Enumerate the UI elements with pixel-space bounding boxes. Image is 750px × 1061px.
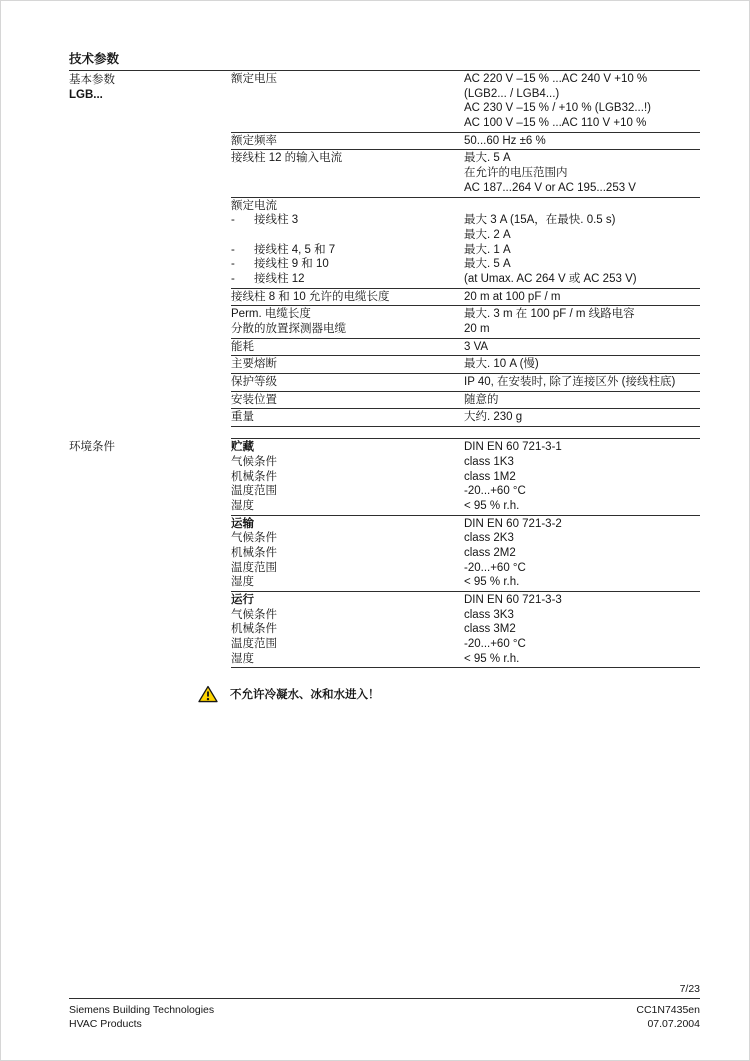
param-label: 能耗 <box>231 340 254 355</box>
list-dash: - <box>231 243 254 258</box>
param-label: 机械条件 <box>231 546 277 561</box>
param-value: 最大. 1 A <box>464 243 700 258</box>
footer-left: Siemens Building Technologies HVAC Produ… <box>69 1003 214 1031</box>
table-row: Perm. 电缆长度 最大. 3 m 在 100 pF / m 线路电容 <box>231 307 700 322</box>
warning-triangle-icon <box>198 685 218 703</box>
list-dash: - <box>231 213 254 228</box>
param-value: DIN EN 60 721-3-1 <box>464 440 700 455</box>
param-value: AC 100 V –15 % ...AC 110 V +10 % <box>464 116 700 131</box>
table-row: 温度范围 -20...+60 °C <box>231 637 700 652</box>
param-label: 额定电压 <box>231 72 277 87</box>
param-value: < 95 % r.h. <box>464 575 700 590</box>
basic-parameters-table: 额定电压 AC 220 V –15 % ...AC 240 V +10 % <box>231 71 700 427</box>
footer-rule <box>69 998 700 999</box>
footer-company: Siemens Building Technologies <box>69 1003 214 1017</box>
param-value: class 3K3 <box>464 608 700 623</box>
param-value: -20...+60 °C <box>464 637 700 652</box>
side-label-basic-parameters: 基本参数 <box>69 71 231 88</box>
param-value: 50...60 Hz ±6 % <box>464 134 700 149</box>
param-label: 温度范围 <box>231 484 277 499</box>
param-label: 温度范围 <box>231 561 277 576</box>
param-cell: 运输 <box>231 517 464 532</box>
param-value: 最大. 10 A (慢) <box>464 357 700 372</box>
list-dash: - <box>231 257 254 272</box>
table-row: 湿度 < 95 % r.h. <box>231 575 700 590</box>
table-row: 分散的放置探测器电缆 20 m <box>231 322 700 337</box>
param-cell: - 接线柱 9 和 10 <box>231 257 464 272</box>
table-row: 湿度 < 95 % r.h. <box>231 652 700 667</box>
param-label: 机械条件 <box>231 470 277 485</box>
param-label: 分散的放置探测器电缆 <box>231 322 346 337</box>
param-value: DIN EN 60 721-3-3 <box>464 593 700 608</box>
param-value: 3 VA <box>464 340 700 355</box>
table-row: 温度范围 -20...+60 °C <box>231 484 700 499</box>
environmental-conditions-section: 环境条件 贮藏 DIN EN 60 721-3-1 <box>69 438 700 668</box>
table-row: 最大. 2 A <box>231 228 700 243</box>
param-cell <box>231 101 464 116</box>
table-row: 机械条件 class 2M2 <box>231 546 700 561</box>
param-cell <box>231 166 464 181</box>
param-value: -20...+60 °C <box>464 561 700 576</box>
param-cell: 额定电压 <box>231 72 464 87</box>
basic-side-labels: 基本参数 LGB... <box>69 71 231 427</box>
param-label: 接线柱 9 和 10 <box>254 257 329 272</box>
table-row: 能耗 3 VA <box>231 340 700 355</box>
table-block: 运行 DIN EN 60 721-3-3 气候条件 class 3K3 <box>231 592 700 668</box>
page-content: 技术参数 基本参数 LGB... 额定电压 <box>69 52 700 703</box>
warning-text: 不允许冷凝水、冰和水进入！ <box>230 686 380 702</box>
param-cell: 接线柱 8 和 10 允许的电缆长度 <box>231 290 464 305</box>
param-value: class 1M2 <box>464 470 700 485</box>
param-value: < 95 % r.h. <box>464 652 700 667</box>
table-block: 贮藏 DIN EN 60 721-3-1 气候条件 class 1K3 <box>231 439 700 515</box>
table-row: 机械条件 class 3M2 <box>231 622 700 637</box>
param-label: 接线柱 12 的输入电流 <box>231 151 342 166</box>
param-cell: 湿度 <box>231 499 464 514</box>
table-row: 重量 大约. 230 g <box>231 410 700 425</box>
environmental-conditions-table: 贮藏 DIN EN 60 721-3-1 气候条件 class 1K3 <box>231 438 700 668</box>
param-label: 气候条件 <box>231 608 277 623</box>
table-row: 运行 DIN EN 60 721-3-3 <box>231 593 700 608</box>
param-value: AC 220 V –15 % ...AC 240 V +10 % <box>464 72 700 87</box>
table-block: 重量 大约. 230 g <box>231 409 700 427</box>
table-block: 额定频率 50...60 Hz ±6 % <box>231 133 700 151</box>
param-label: 接线柱 4, 5 和 7 <box>254 243 335 258</box>
table-row: 额定电压 AC 220 V –15 % ...AC 240 V +10 % <box>231 72 700 87</box>
param-value: (at Umax. AC 264 V 或 AC 253 V) <box>464 272 700 287</box>
footer-right: CC1N7435en 07.07.2004 <box>636 1003 700 1031</box>
param-cell <box>231 116 464 131</box>
table-row: (LGB2... / LGB4...) <box>231 87 700 102</box>
param-cell <box>231 87 464 102</box>
param-value: AC 187...264 V or AC 195...253 V <box>464 181 700 196</box>
param-label: 运行 <box>231 593 254 608</box>
table-row: 安装位置 随意的 <box>231 393 700 408</box>
param-value: (LGB2... / LGB4...) <box>464 87 700 102</box>
param-label: 重量 <box>231 410 254 425</box>
table-row: 额定频率 50...60 Hz ±6 % <box>231 134 700 149</box>
warning-note: 不允许冷凝水、冰和水进入！ <box>198 685 700 703</box>
param-value: 最大. 5 A <box>464 257 700 272</box>
param-label: 贮藏 <box>231 440 254 455</box>
param-cell: 运行 <box>231 593 464 608</box>
param-label: 运输 <box>231 517 254 532</box>
param-label: 接线柱 3 <box>254 213 298 228</box>
side-label-environmental-conditions: 环境条件 <box>69 438 231 455</box>
param-value: class 2M2 <box>464 546 700 561</box>
param-cell: 气候条件 <box>231 455 464 470</box>
table-block: 额定电压 AC 220 V –15 % ...AC 240 V +10 % <box>231 71 700 133</box>
table-block: 运输 DIN EN 60 721-3-2 气候条件 class 2K3 <box>231 516 700 592</box>
param-value <box>464 199 700 214</box>
table-row: 气候条件 class 1K3 <box>231 455 700 470</box>
table-block: Perm. 电缆长度 最大. 3 m 在 100 pF / m 线路电容 分散的… <box>231 306 700 338</box>
section-title: 技术参数 <box>69 52 700 71</box>
param-cell: 湿度 <box>231 652 464 667</box>
param-value: 最大. 5 A <box>464 151 700 166</box>
footer: Siemens Building Technologies HVAC Produ… <box>69 1003 700 1031</box>
param-label: 气候条件 <box>231 455 277 470</box>
table-block: 能耗 3 VA <box>231 339 700 357</box>
param-cell: 额定频率 <box>231 134 464 149</box>
param-cell: - 接线柱 12 <box>231 272 464 287</box>
param-cell: 气候条件 <box>231 608 464 623</box>
table-row: 运输 DIN EN 60 721-3-2 <box>231 517 700 532</box>
table-block: 额定电流 - 接线柱 3 最大 3 A (15A，在最快. 0.5 s) <box>231 198 700 289</box>
param-label: 额定电流 <box>231 199 277 214</box>
param-value: 大约. 230 g <box>464 410 700 425</box>
footer-date: 07.07.2004 <box>636 1017 700 1031</box>
param-label: 主要熔断 <box>231 357 277 372</box>
param-cell: 重量 <box>231 410 464 425</box>
param-cell: 温度范围 <box>231 637 464 652</box>
table-row: AC 230 V –15 % / +10 % (LGB32...!) <box>231 101 700 116</box>
param-value: 在允许的电压范围内 <box>464 166 700 181</box>
param-value: -20...+60 °C <box>464 484 700 499</box>
param-value: 最大. 2 A <box>464 228 700 243</box>
param-cell: 机械条件 <box>231 470 464 485</box>
param-cell: 安装位置 <box>231 393 464 408</box>
table-row: 保护等级 IP 40, 在安装时, 除了连接区外 (接线柱底) <box>231 375 700 390</box>
table-row: - 接线柱 4, 5 和 7 最大. 1 A <box>231 243 700 258</box>
table-row: - 接线柱 3 最大 3 A (15A，在最快. 0.5 s) <box>231 213 700 228</box>
param-cell: - 接线柱 4, 5 和 7 <box>231 243 464 258</box>
param-cell: 机械条件 <box>231 622 464 637</box>
param-value: 20 m <box>464 322 700 337</box>
env-side-labels: 环境条件 <box>69 438 231 668</box>
param-label: 机械条件 <box>231 622 277 637</box>
table-row: - 接线柱 9 和 10 最大. 5 A <box>231 257 700 272</box>
table-row: 气候条件 class 2K3 <box>231 531 700 546</box>
table-block: 主要熔断 最大. 10 A (慢) <box>231 356 700 374</box>
param-label: 温度范围 <box>231 637 277 652</box>
table-row: 在允许的电压范围内 <box>231 166 700 181</box>
footer-doc-id: CC1N7435en <box>636 1003 700 1017</box>
table-row: 贮藏 DIN EN 60 721-3-1 <box>231 440 700 455</box>
param-label: 接线柱 12 <box>254 272 305 287</box>
param-cell <box>231 228 464 243</box>
param-cell: 贮藏 <box>231 440 464 455</box>
param-cell: 温度范围 <box>231 561 464 576</box>
param-label: Perm. 电缆长度 <box>231 307 311 322</box>
param-cell: - 接线柱 3 <box>231 213 464 228</box>
param-value: 随意的 <box>464 393 700 408</box>
param-value: IP 40, 在安装时, 除了连接区外 (接线柱底) <box>464 375 700 390</box>
param-cell: 气候条件 <box>231 531 464 546</box>
param-cell <box>231 181 464 196</box>
param-label: 湿度 <box>231 575 254 590</box>
table-block: 保护等级 IP 40, 在安装时, 除了连接区外 (接线柱底) <box>231 374 700 392</box>
param-cell: 湿度 <box>231 575 464 590</box>
param-value: 最大. 3 m 在 100 pF / m 线路电容 <box>464 307 700 322</box>
param-cell: 能耗 <box>231 340 464 355</box>
param-label: 安装位置 <box>231 393 277 408</box>
basic-parameters-section: 基本参数 LGB... 额定电压 AC 220 V <box>69 71 700 427</box>
param-value: class 2K3 <box>464 531 700 546</box>
page-number: 7/23 <box>69 983 700 995</box>
table-row: 主要熔断 最大. 10 A (慢) <box>231 357 700 372</box>
param-value: < 95 % r.h. <box>464 499 700 514</box>
param-label: 保护等级 <box>231 375 277 390</box>
param-label: 接线柱 8 和 10 允许的电缆长度 <box>231 290 389 305</box>
param-value: 最大 3 A (15A，在最快. 0.5 s) <box>464 213 700 228</box>
table-row: 温度范围 -20...+60 °C <box>231 561 700 576</box>
table-row: 气候条件 class 3K3 <box>231 608 700 623</box>
table-row: AC 100 V –15 % ...AC 110 V +10 % <box>231 116 700 131</box>
table-row: 接线柱 12 的输入电流 最大. 5 A <box>231 151 700 166</box>
param-cell: 接线柱 12 的输入电流 <box>231 151 464 166</box>
table-row: 湿度 < 95 % r.h. <box>231 499 700 514</box>
param-value: class 3M2 <box>464 622 700 637</box>
param-value: 20 m at 100 pF / m <box>464 290 700 305</box>
param-cell: 机械条件 <box>231 546 464 561</box>
param-value: class 1K3 <box>464 455 700 470</box>
table-row: 机械条件 class 1M2 <box>231 470 700 485</box>
param-label: 额定频率 <box>231 134 277 149</box>
param-value: DIN EN 60 721-3-2 <box>464 517 700 532</box>
param-label: 湿度 <box>231 499 254 514</box>
table-row: - 接线柱 12 (at Umax. AC 264 V 或 AC 253 V) <box>231 272 700 287</box>
param-cell: 分散的放置探测器电缆 <box>231 322 464 337</box>
table-row: 额定电流 <box>231 199 700 214</box>
table-block: 安装位置 随意的 <box>231 392 700 410</box>
param-value: AC 230 V –15 % / +10 % (LGB32...!) <box>464 101 700 116</box>
side-label-model: LGB... <box>69 88 231 103</box>
param-cell: 主要熔断 <box>231 357 464 372</box>
param-cell: 温度范围 <box>231 484 464 499</box>
footer-product-line: HVAC Products <box>69 1017 214 1031</box>
param-cell: Perm. 电缆长度 <box>231 307 464 322</box>
param-label: 气候条件 <box>231 531 277 546</box>
table-block: 接线柱 12 的输入电流 最大. 5 A 在允许的电压范围内 <box>231 150 700 197</box>
table-row: AC 187...264 V or AC 195...253 V <box>231 181 700 196</box>
table-block: 接线柱 8 和 10 允许的电缆长度 20 m at 100 pF / m <box>231 289 700 307</box>
param-cell: 额定电流 <box>231 199 464 214</box>
datasheet-page: 技术参数 基本参数 LGB... 额定电压 <box>0 0 750 1061</box>
param-label: 湿度 <box>231 652 254 667</box>
table-row: 接线柱 8 和 10 允许的电缆长度 20 m at 100 pF / m <box>231 290 700 305</box>
list-dash: - <box>231 272 254 287</box>
param-cell: 保护等级 <box>231 375 464 390</box>
